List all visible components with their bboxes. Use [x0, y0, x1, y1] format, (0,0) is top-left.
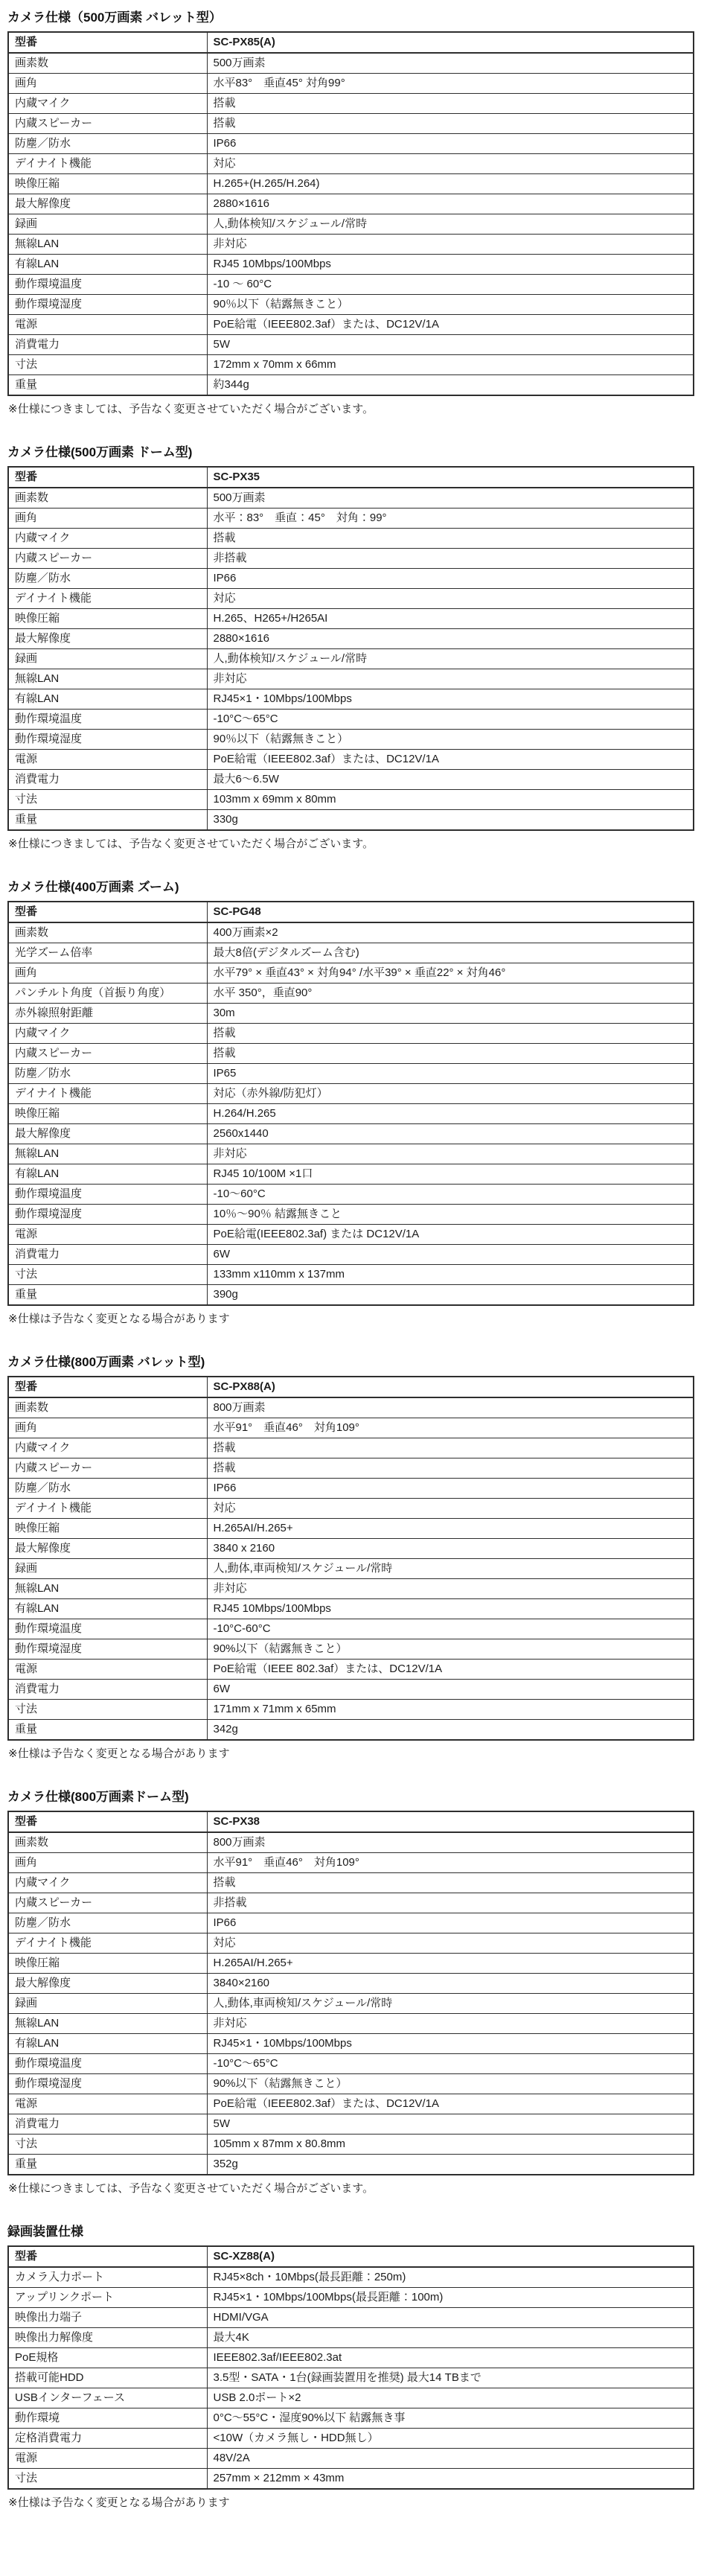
- table-row: 画素数800万画素: [8, 1397, 694, 1418]
- row-value: RJ45×1・10Mbps/100Mbps: [207, 689, 694, 710]
- row-value: -10 ～ 60°C: [207, 275, 694, 295]
- table-row: 動作環境温度-10°C-60°C: [8, 1619, 694, 1639]
- table-row: 映像出力解像度最大4K: [8, 2328, 694, 2348]
- row-value: PoE給電（IEEE802.3af）または、DC12V/1A: [207, 2094, 694, 2114]
- row-label: デイナイト機能: [8, 154, 207, 174]
- row-label: 画角: [8, 1853, 207, 1873]
- row-label: 有線LAN: [8, 255, 207, 275]
- table-row: 有線LANRJ45 10/100M ×1口: [8, 1164, 694, 1185]
- row-value: IP66: [207, 1479, 694, 1499]
- row-value: 人,動体検知/スケジュール/常時: [207, 649, 694, 669]
- row-label: 型番: [8, 1811, 207, 1832]
- row-value: 非対応: [207, 235, 694, 255]
- table-header-row: 型番SC-PX35: [8, 467, 694, 488]
- row-label: 画角: [8, 963, 207, 983]
- spec-section: カメラ仕様（500万画素 バレット型）型番SC-PX85(A)画素数500万画素…: [7, 9, 694, 417]
- row-value: 390g: [207, 1285, 694, 1306]
- row-value: 水平79° × 垂直43° × 対角94° /水平39° × 垂直22° × 対…: [207, 963, 694, 983]
- row-value: SC-PG48: [207, 902, 694, 922]
- table-row: 最大解像度3840×2160: [8, 1974, 694, 1994]
- row-value: 水平 350°，垂直90°: [207, 983, 694, 1004]
- table-row: 消費電力6W: [8, 1680, 694, 1700]
- row-label: 動作環境湿度: [8, 295, 207, 315]
- row-label: 最大解像度: [8, 1974, 207, 1994]
- table-row: 重量352g: [8, 2155, 694, 2175]
- table-row: 消費電力5W: [8, 335, 694, 355]
- spec-table-body: 型番SC-PX88(A)画素数800万画素画角水平91° 垂直46° 対角109…: [8, 1377, 694, 1740]
- spec-table: 型番SC-PG48画素数400万画素×2光学ズーム倍率最大8倍(デジタルズーム含…: [7, 901, 694, 1306]
- row-label: 消費電力: [8, 770, 207, 790]
- row-label: 画角: [8, 74, 207, 94]
- row-value: 48V/2A: [207, 2449, 694, 2469]
- row-label: 防塵／防水: [8, 569, 207, 589]
- row-label: 有線LAN: [8, 1164, 207, 1185]
- table-row: 寸法257mm × 212mm × 43mm: [8, 2469, 694, 2490]
- row-value: 非対応: [207, 669, 694, 689]
- table-row: 録画人,動体,車両検知/スケジュール/常時: [8, 1994, 694, 2014]
- table-row: 電源PoE給電(IEEE802.3af) または DC12V/1A: [8, 1225, 694, 1245]
- section-note: ※仕様につきましては、予告なく変更させていただく場合がございます。: [8, 401, 694, 417]
- table-row: 画角水平：83° 垂直：45° 対角：99°: [8, 508, 694, 529]
- spec-table: 型番SC-PX35画素数500万画素画角水平：83° 垂直：45° 対角：99°…: [7, 466, 694, 831]
- table-row: 映像圧縮H.265AI/H.265+: [8, 1954, 694, 1974]
- section-note: ※仕様につきましては、予告なく変更させていただく場合がございます。: [8, 2181, 694, 2196]
- row-label: 電源: [8, 1225, 207, 1245]
- table-row: PoE規格IEEE802.3af/IEEE802.3at: [8, 2348, 694, 2368]
- row-label: 内蔵マイク: [8, 529, 207, 549]
- row-value: 257mm × 212mm × 43mm: [207, 2469, 694, 2490]
- row-label: 有線LAN: [8, 2034, 207, 2054]
- row-value: -10°C～65°C: [207, 2054, 694, 2074]
- row-value: -10～60°C: [207, 1185, 694, 1205]
- table-row: 有線LANRJ45×1・10Mbps/100Mbps: [8, 2034, 694, 2054]
- row-label: 動作環境湿度: [8, 730, 207, 750]
- row-value: 対応: [207, 1499, 694, 1519]
- table-row: 映像圧縮H.265AI/H.265+: [8, 1519, 694, 1539]
- table-row: 画角水平91° 垂直46° 対角109°: [8, 1418, 694, 1438]
- row-value: -10°C-60°C: [207, 1619, 694, 1639]
- row-label: デイナイト機能: [8, 589, 207, 609]
- table-row: 画素数400万画素×2: [8, 922, 694, 943]
- section-title: カメラ仕様(500万画素 ドーム型): [7, 444, 694, 462]
- row-value: H.265+(H.265/H.264): [207, 174, 694, 194]
- row-label: 映像圧縮: [8, 174, 207, 194]
- table-row: 搭載可能HDD3.5型・SATA・1台(録画装置用を推奨) 最大14 TBまで: [8, 2368, 694, 2388]
- document-body: カメラ仕様（500万画素 バレット型）型番SC-PX85(A)画素数500万画素…: [0, 0, 704, 2525]
- row-label: 防塵／防水: [8, 1064, 207, 1084]
- spec-section: カメラ仕様(400万画素 ズーム)型番SC-PG48画素数400万画素×2光学ズ…: [7, 879, 694, 1327]
- row-label: 映像出力解像度: [8, 2328, 207, 2348]
- table-row: デイナイト機能対応（赤外線/防犯灯）: [8, 1084, 694, 1104]
- row-label: 内蔵マイク: [8, 1438, 207, 1458]
- row-label: 画素数: [8, 1397, 207, 1418]
- section-note: ※仕様は予告なく変更となる場合があります: [8, 2495, 694, 2510]
- row-label: 光学ズーム倍率: [8, 943, 207, 963]
- row-value: IEEE802.3af/IEEE802.3at: [207, 2348, 694, 2368]
- table-row: 重量約344g: [8, 375, 694, 396]
- table-row: 画角水平83° 垂直45° 対角99°: [8, 74, 694, 94]
- row-value: 対応（赤外線/防犯灯）: [207, 1084, 694, 1104]
- row-label: 消費電力: [8, 1680, 207, 1700]
- row-label: デイナイト機能: [8, 1933, 207, 1954]
- row-label: デイナイト機能: [8, 1499, 207, 1519]
- row-value: 172mm x 70mm x 66mm: [207, 355, 694, 375]
- table-row: 動作環境0°C～55°C・湿度90%以下 結露無き事: [8, 2408, 694, 2429]
- row-label: 赤外線照射距離: [8, 1004, 207, 1024]
- table-row: 防塵／防水IP66: [8, 134, 694, 154]
- row-label: 無線LAN: [8, 2014, 207, 2034]
- table-row: デイナイト機能対応: [8, 154, 694, 174]
- row-value: USB 2.0ポート×2: [207, 2388, 694, 2408]
- row-label: 内蔵スピーカー: [8, 1458, 207, 1479]
- table-row: 動作環境湿度10％～90％ 結露無きこと: [8, 1205, 694, 1225]
- row-value: H.264/H.265: [207, 1104, 694, 1124]
- row-value: 10％～90％ 結露無きこと: [207, 1205, 694, 1225]
- table-row: 内蔵マイク搭載: [8, 529, 694, 549]
- table-row: デイナイト機能対応: [8, 1499, 694, 1519]
- row-value: 水平：83° 垂直：45° 対角：99°: [207, 508, 694, 529]
- row-value: 人,動体,車両検知/スケジュール/常時: [207, 1559, 694, 1579]
- row-label: 電源: [8, 2094, 207, 2114]
- table-row: 映像圧縮H.264/H.265: [8, 1104, 694, 1124]
- table-row: 動作環境湿度90％以下（結露無きこと）: [8, 730, 694, 750]
- row-label: 重量: [8, 375, 207, 396]
- table-row: 画素数500万画素: [8, 488, 694, 508]
- row-label: 動作環境温度: [8, 1619, 207, 1639]
- spec-table-body: 型番SC-PX85(A)画素数500万画素画角水平83° 垂直45° 対角99°…: [8, 32, 694, 395]
- row-label: パンチルト角度（首振り角度）: [8, 983, 207, 1004]
- table-row: 電源48V/2A: [8, 2449, 694, 2469]
- row-value: 最大4K: [207, 2328, 694, 2348]
- row-label: 電源: [8, 2449, 207, 2469]
- row-label: 動作環境湿度: [8, 2074, 207, 2094]
- row-label: 内蔵スピーカー: [8, 1044, 207, 1064]
- table-row: 内蔵スピーカー非搭載: [8, 1893, 694, 1913]
- row-value: 3840×2160: [207, 1974, 694, 1994]
- row-value: 人,動体,車両検知/スケジュール/常時: [207, 1994, 694, 2014]
- table-row: 重量390g: [8, 1285, 694, 1306]
- row-value: 133mm x110mm x 137mm: [207, 1265, 694, 1285]
- table-row: 防塵／防水IP66: [8, 1479, 694, 1499]
- table-row: 内蔵マイク搭載: [8, 1024, 694, 1044]
- row-value: 800万画素: [207, 1832, 694, 1853]
- row-value: 5W: [207, 335, 694, 355]
- row-label: 動作環境温度: [8, 2054, 207, 2074]
- row-label: 内蔵スピーカー: [8, 1893, 207, 1913]
- table-row: 無線LAN非対応: [8, 235, 694, 255]
- row-value: -10°C～65°C: [207, 710, 694, 730]
- table-row: 有線LANRJ45 10Mbps/100Mbps: [8, 1599, 694, 1619]
- table-row: 録画人,動体検知/スケジュール/常時: [8, 214, 694, 235]
- row-label: 動作環境湿度: [8, 1639, 207, 1660]
- table-row: 内蔵スピーカー搭載: [8, 1044, 694, 1064]
- table-row: 無線LAN非対応: [8, 2014, 694, 2034]
- row-value: 6W: [207, 1680, 694, 1700]
- row-label: 画素数: [8, 488, 207, 508]
- spec-table: 型番SC-PX85(A)画素数500万画素画角水平83° 垂直45° 対角99°…: [7, 31, 694, 396]
- row-label: 型番: [8, 32, 207, 53]
- row-label: 内蔵マイク: [8, 1873, 207, 1893]
- row-value: 最大8倍(デジタルズーム含む): [207, 943, 694, 963]
- table-row: 電源PoE給電（IEEE 802.3af）または、DC12V/1A: [8, 1660, 694, 1680]
- row-label: 最大解像度: [8, 194, 207, 214]
- row-value: 約344g: [207, 375, 694, 396]
- row-label: PoE規格: [8, 2348, 207, 2368]
- row-value: 非対応: [207, 1579, 694, 1599]
- table-row: 定格消費電力<10W（カメラ無し・HDD無し）: [8, 2429, 694, 2449]
- table-row: 内蔵スピーカー非搭載: [8, 549, 694, 569]
- row-label: 動作環境温度: [8, 1185, 207, 1205]
- row-value: IP66: [207, 134, 694, 154]
- row-label: 内蔵マイク: [8, 94, 207, 114]
- row-label: 電源: [8, 750, 207, 770]
- row-label: 画角: [8, 1418, 207, 1438]
- row-value: 3.5型・SATA・1台(録画装置用を推奨) 最大14 TBまで: [207, 2368, 694, 2388]
- table-row: 防塵／防水IP66: [8, 1913, 694, 1933]
- row-value: 30m: [207, 1004, 694, 1024]
- row-label: 録画: [8, 1559, 207, 1579]
- table-row: 消費電力6W: [8, 1245, 694, 1265]
- row-label: 消費電力: [8, 1245, 207, 1265]
- table-row: 消費電力5W: [8, 2114, 694, 2135]
- row-value: 352g: [207, 2155, 694, 2175]
- row-label: 映像出力端子: [8, 2308, 207, 2328]
- table-row: 録画人,動体,車両検知/スケジュール/常時: [8, 1559, 694, 1579]
- table-row: 最大解像度2880×1616: [8, 629, 694, 649]
- table-row: 動作環境温度-10 ～ 60°C: [8, 275, 694, 295]
- table-row: 画角水平79° × 垂直43° × 対角94° /水平39° × 垂直22° ×…: [8, 963, 694, 983]
- table-header-row: 型番SC-PX85(A): [8, 32, 694, 53]
- row-label: 画素数: [8, 1832, 207, 1853]
- table-row: 寸法171mm x 71mm x 65mm: [8, 1700, 694, 1720]
- row-label: 動作環境温度: [8, 710, 207, 730]
- row-label: 無線LAN: [8, 235, 207, 255]
- table-row: 動作環境湿度90%以下（結露無きこと）: [8, 2074, 694, 2094]
- spec-section: カメラ仕様(800万画素 バレット型)型番SC-PX88(A)画素数800万画素…: [7, 1354, 694, 1762]
- row-value: 2880×1616: [207, 629, 694, 649]
- row-label: デイナイト機能: [8, 1084, 207, 1104]
- row-label: 寸法: [8, 355, 207, 375]
- section-note: ※仕様につきましては、予告なく変更させていただく場合がございます。: [8, 836, 694, 852]
- row-label: 動作環境: [8, 2408, 207, 2429]
- row-value: 103mm x 69mm x 80mm: [207, 790, 694, 810]
- row-value: 搭載: [207, 1024, 694, 1044]
- row-label: USBインターフェース: [8, 2388, 207, 2408]
- row-value: 最大6～6.5W: [207, 770, 694, 790]
- row-value: 水平91° 垂直46° 対角109°: [207, 1853, 694, 1873]
- row-value: IP65: [207, 1064, 694, 1084]
- row-label: 映像圧縮: [8, 1104, 207, 1124]
- table-row: 有線LANRJ45 10Mbps/100Mbps: [8, 255, 694, 275]
- table-row: アップリンクポートRJ45×1・10Mbps/100Mbps(最長距離：100m…: [8, 2288, 694, 2308]
- row-label: 防塵／防水: [8, 1479, 207, 1499]
- row-value: 水平91° 垂直46° 対角109°: [207, 1418, 694, 1438]
- table-row: 映像出力端子HDMI/VGA: [8, 2308, 694, 2328]
- table-row: 最大解像度2880×1616: [8, 194, 694, 214]
- row-value: 非搭載: [207, 549, 694, 569]
- row-value: 0°C～55°C・湿度90%以下 結露無き事: [207, 2408, 694, 2429]
- row-value: PoE給電(IEEE802.3af) または DC12V/1A: [207, 1225, 694, 1245]
- row-value: SC-PX88(A): [207, 1377, 694, 1397]
- row-label: 内蔵スピーカー: [8, 549, 207, 569]
- table-row: 画素数800万画素: [8, 1832, 694, 1853]
- row-value: 3840 x 2160: [207, 1539, 694, 1559]
- row-label: 型番: [8, 467, 207, 488]
- row-label: 定格消費電力: [8, 2429, 207, 2449]
- row-label: 寸法: [8, 790, 207, 810]
- table-row: 動作環境温度-10°C～65°C: [8, 2054, 694, 2074]
- row-value: 搭載: [207, 1044, 694, 1064]
- table-row: 防塵／防水IP65: [8, 1064, 694, 1084]
- row-label: 電源: [8, 1660, 207, 1680]
- row-label: 録画: [8, 649, 207, 669]
- section-title: カメラ仕様（500万画素 バレット型）: [7, 9, 694, 27]
- row-value: 2560x1440: [207, 1124, 694, 1144]
- spec-table-body: 型番SC-PX35画素数500万画素画角水平：83° 垂直：45° 対角：99°…: [8, 467, 694, 830]
- table-row: 内蔵スピーカー搭載: [8, 114, 694, 134]
- spec-table-body: 型番SC-PG48画素数400万画素×2光学ズーム倍率最大8倍(デジタルズーム含…: [8, 902, 694, 1305]
- table-row: 画角水平91° 垂直46° 対角109°: [8, 1853, 694, 1873]
- table-row: 映像圧縮H.265+(H.265/H.264): [8, 174, 694, 194]
- row-label: 無線LAN: [8, 1579, 207, 1599]
- row-value: RJ45×8ch・10Mbps(最長距離：250m): [207, 2267, 694, 2288]
- table-row: 動作環境温度-10°C～65°C: [8, 710, 694, 730]
- table-row: 無線LAN非対応: [8, 1144, 694, 1164]
- row-label: 防塵／防水: [8, 1913, 207, 1933]
- row-label: 録画: [8, 1994, 207, 2014]
- row-label: 有線LAN: [8, 1599, 207, 1619]
- spec-table: 型番SC-PX38画素数800万画素画角水平91° 垂直46° 対角109°内蔵…: [7, 1811, 694, 2175]
- table-row: 最大解像度3840 x 2160: [8, 1539, 694, 1559]
- row-label: 動作環境湿度: [8, 1205, 207, 1225]
- row-label: 寸法: [8, 1700, 207, 1720]
- row-value: SC-PX38: [207, 1811, 694, 1832]
- row-value: 400万画素×2: [207, 922, 694, 943]
- spec-section: 録画装置仕様型番SC-XZ88(A)カメラ入力ポートRJ45×8ch・10Mbp…: [7, 2223, 694, 2510]
- row-label: 型番: [8, 902, 207, 922]
- row-value: H.265AI/H.265+: [207, 1519, 694, 1539]
- spec-section: カメラ仕様(500万画素 ドーム型)型番SC-PX35画素数500万画素画角水平…: [7, 444, 694, 852]
- row-value: 330g: [207, 810, 694, 831]
- row-value: 342g: [207, 1720, 694, 1741]
- row-value: 2880×1616: [207, 194, 694, 214]
- table-header-row: 型番SC-PG48: [8, 902, 694, 922]
- row-label: 消費電力: [8, 335, 207, 355]
- table-header-row: 型番SC-PX88(A): [8, 1377, 694, 1397]
- table-row: 映像圧縮H.265、H265+/H265AI: [8, 609, 694, 629]
- row-label: 寸法: [8, 1265, 207, 1285]
- row-value: 対応: [207, 154, 694, 174]
- row-value: 500万画素: [207, 53, 694, 74]
- row-label: 重量: [8, 810, 207, 831]
- row-value: 非対応: [207, 1144, 694, 1164]
- row-value: 800万画素: [207, 1397, 694, 1418]
- table-row: 寸法133mm x110mm x 137mm: [8, 1265, 694, 1285]
- row-label: 有線LAN: [8, 689, 207, 710]
- table-row: 動作環境温度-10～60°C: [8, 1185, 694, 1205]
- row-value: 90%以下（結露無きこと）: [207, 2074, 694, 2094]
- spec-table: 型番SC-XZ88(A)カメラ入力ポートRJ45×8ch・10Mbps(最長距離…: [7, 2245, 694, 2490]
- row-value: RJ45 10Mbps/100Mbps: [207, 1599, 694, 1619]
- row-label: 動作環境温度: [8, 275, 207, 295]
- row-label: 画素数: [8, 922, 207, 943]
- row-label: 重量: [8, 1720, 207, 1741]
- row-value: 90%以下（結露無きこと）: [207, 1639, 694, 1660]
- row-value: 搭載: [207, 1458, 694, 1479]
- row-value: 搭載: [207, 529, 694, 549]
- row-label: 映像圧縮: [8, 1954, 207, 1974]
- table-row: 防塵／防水IP66: [8, 569, 694, 589]
- row-value: 90％以下（結露無きこと）: [207, 295, 694, 315]
- table-row: 無線LAN非対応: [8, 669, 694, 689]
- row-label: 最大解像度: [8, 1124, 207, 1144]
- table-row: 動作環境湿度90%以下（結露無きこと）: [8, 1639, 694, 1660]
- table-row: 消費電力最大6～6.5W: [8, 770, 694, 790]
- table-header-row: 型番SC-XZ88(A): [8, 2246, 694, 2267]
- row-value: 6W: [207, 1245, 694, 1265]
- table-row: 寸法172mm x 70mm x 66mm: [8, 355, 694, 375]
- row-value: 搭載: [207, 1873, 694, 1893]
- table-row: 光学ズーム倍率最大8倍(デジタルズーム含む): [8, 943, 694, 963]
- row-label: 電源: [8, 315, 207, 335]
- spec-table-body: 型番SC-XZ88(A)カメラ入力ポートRJ45×8ch・10Mbps(最長距離…: [8, 2246, 694, 2489]
- row-label: 画角: [8, 508, 207, 529]
- row-value: 171mm x 71mm x 65mm: [207, 1700, 694, 1720]
- table-row: 重量342g: [8, 1720, 694, 1741]
- row-label: 重量: [8, 1285, 207, 1306]
- section-note: ※仕様は予告なく変更となる場合があります: [8, 1746, 694, 1762]
- row-label: 映像圧縮: [8, 609, 207, 629]
- row-label: 最大解像度: [8, 629, 207, 649]
- spec-table: 型番SC-PX88(A)画素数800万画素画角水平91° 垂直46° 対角109…: [7, 1376, 694, 1741]
- row-value: 対応: [207, 1933, 694, 1954]
- row-label: 重量: [8, 2155, 207, 2175]
- row-label: 内蔵スピーカー: [8, 114, 207, 134]
- table-row: 内蔵マイク搭載: [8, 1438, 694, 1458]
- row-value: IP66: [207, 1913, 694, 1933]
- row-value: 人,動体検知/スケジュール/常時: [207, 214, 694, 235]
- section-title: 録画装置仕様: [7, 2223, 694, 2241]
- spec-table-body: 型番SC-PX38画素数800万画素画角水平91° 垂直46° 対角109°内蔵…: [8, 1811, 694, 2175]
- row-label: 寸法: [8, 2469, 207, 2490]
- row-label: 無線LAN: [8, 669, 207, 689]
- table-row: 電源PoE給電（IEEE802.3af）または、DC12V/1A: [8, 750, 694, 770]
- row-value: RJ45 10Mbps/100Mbps: [207, 255, 694, 275]
- row-label: アップリンクポート: [8, 2288, 207, 2308]
- row-label: 映像圧縮: [8, 1519, 207, 1539]
- table-row: USBインターフェースUSB 2.0ポート×2: [8, 2388, 694, 2408]
- row-value: IP66: [207, 569, 694, 589]
- row-value: 500万画素: [207, 488, 694, 508]
- row-value: H.265、H265+/H265AI: [207, 609, 694, 629]
- row-label: 型番: [8, 1377, 207, 1397]
- row-value: SC-PX85(A): [207, 32, 694, 53]
- row-value: RJ45×1・10Mbps/100Mbps(最長距離：100m): [207, 2288, 694, 2308]
- table-row: 電源PoE給電（IEEE802.3af）または、DC12V/1A: [8, 315, 694, 335]
- table-row: 寸法105mm x 87mm x 80.8mm: [8, 2135, 694, 2155]
- row-value: <10W（カメラ無し・HDD無し）: [207, 2429, 694, 2449]
- row-label: 内蔵マイク: [8, 1024, 207, 1044]
- row-label: 無線LAN: [8, 1144, 207, 1164]
- table-row: デイナイト機能対応: [8, 1933, 694, 1954]
- row-label: 消費電力: [8, 2114, 207, 2135]
- row-value: SC-XZ88(A): [207, 2246, 694, 2267]
- table-row: カメラ入力ポートRJ45×8ch・10Mbps(最長距離：250m): [8, 2267, 694, 2288]
- row-label: 寸法: [8, 2135, 207, 2155]
- section-title: カメラ仕様(400万画素 ズーム): [7, 879, 694, 896]
- section-title: カメラ仕様(800万画素 バレット型): [7, 1354, 694, 1371]
- table-row: 無線LAN非対応: [8, 1579, 694, 1599]
